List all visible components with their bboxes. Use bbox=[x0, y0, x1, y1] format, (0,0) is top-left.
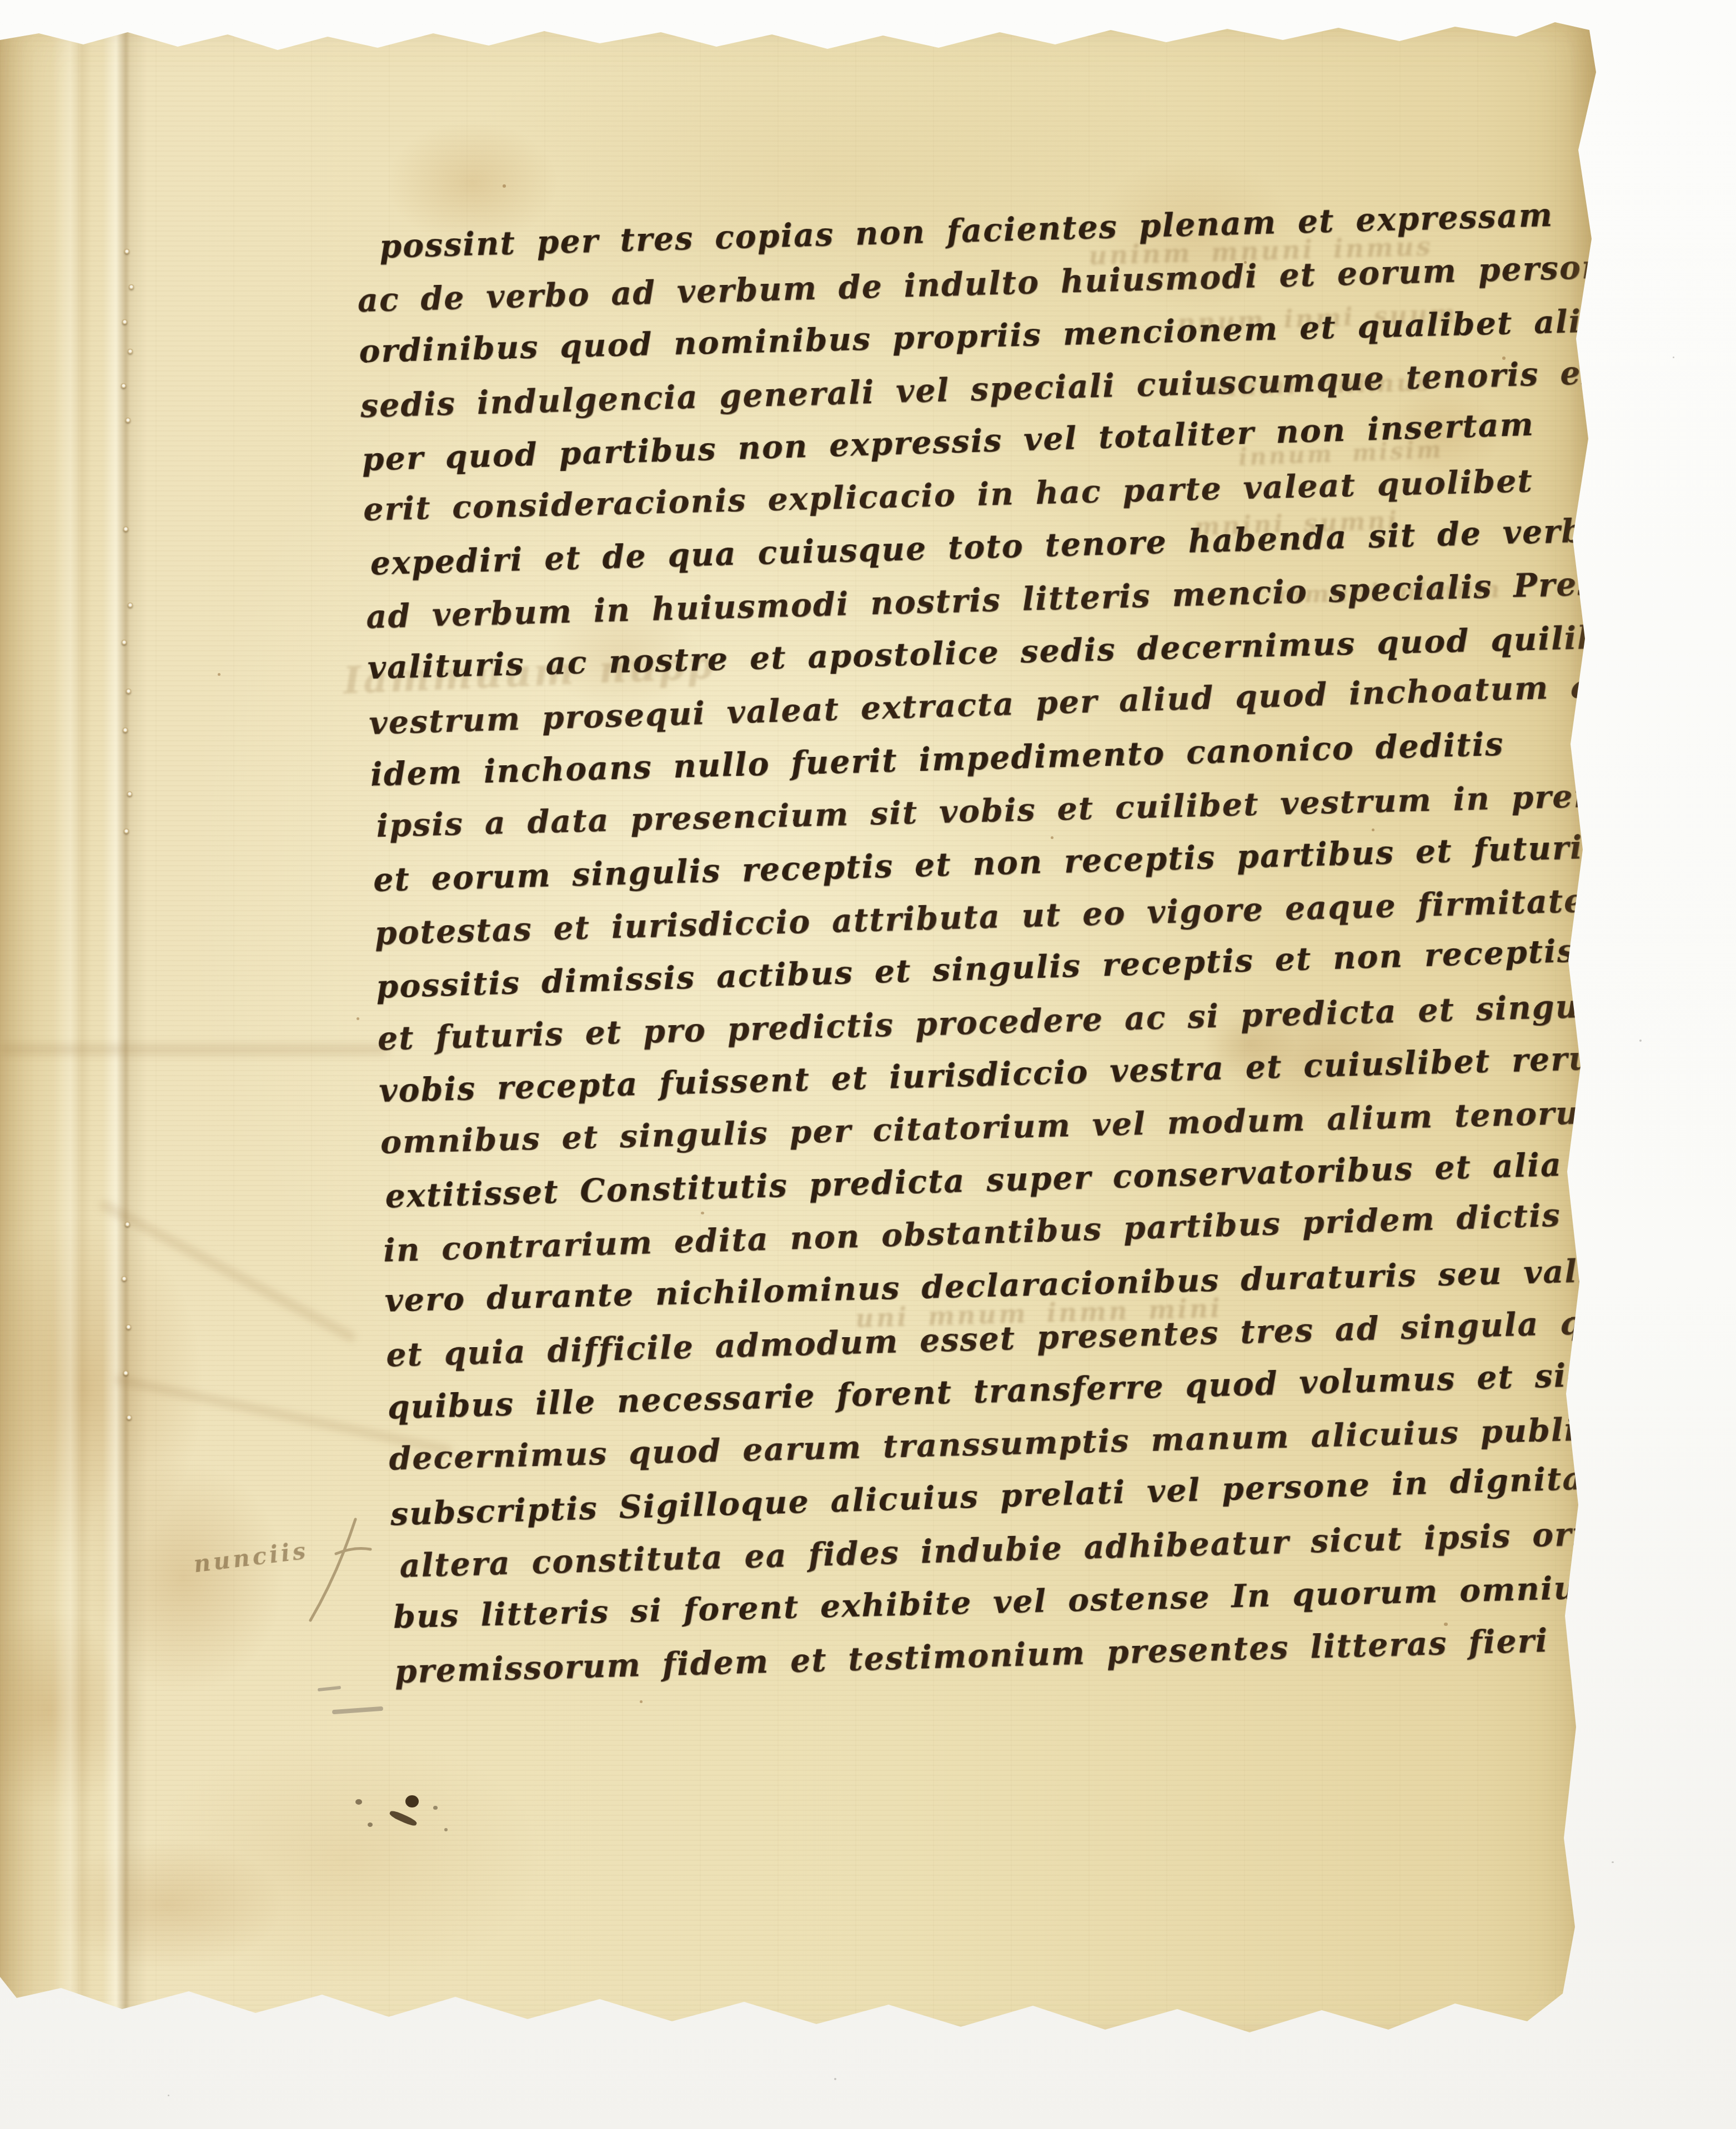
pinhole bbox=[127, 1415, 132, 1420]
paper-speck bbox=[218, 673, 220, 676]
pencil-dash bbox=[318, 1686, 341, 1691]
pinhole bbox=[124, 249, 129, 254]
ink-blot bbox=[368, 1822, 373, 1827]
ink-blot bbox=[405, 1795, 419, 1807]
scanner-dust bbox=[1612, 1861, 1614, 1863]
pinhole bbox=[122, 319, 127, 324]
pinhole bbox=[124, 828, 129, 833]
manuscript-page: uninm mnuni inmus nnum inmi suum mumi nn… bbox=[0, 0, 1599, 2066]
scan-background: { "page": { "background_color": "#fafaf7… bbox=[0, 0, 1736, 2129]
pinhole bbox=[126, 1324, 131, 1329]
pinhole bbox=[126, 418, 131, 423]
scanner-dust bbox=[1673, 356, 1674, 358]
ink-blot bbox=[389, 1809, 418, 1827]
scanner-dust bbox=[834, 2078, 836, 2080]
pinhole bbox=[123, 727, 128, 732]
under-leaf-edge bbox=[53, 0, 92, 2066]
paper-speck bbox=[357, 1017, 359, 1020]
pinhole bbox=[123, 526, 128, 531]
scanner-dust bbox=[168, 2095, 169, 2096]
pinhole bbox=[126, 689, 131, 694]
paper-speck bbox=[640, 1700, 643, 1703]
pinhole bbox=[122, 1276, 127, 1281]
pinhole bbox=[127, 791, 132, 796]
pinhole bbox=[128, 602, 133, 607]
pinhole bbox=[128, 349, 133, 354]
ink-blot bbox=[444, 1828, 448, 1831]
paper-speck bbox=[503, 184, 506, 188]
fold-crease bbox=[103, 0, 147, 2066]
marginal-note: nunciis bbox=[192, 1537, 310, 1578]
ink-blot bbox=[433, 1806, 438, 1810]
text-block: possint per tres copias non facientes pl… bbox=[355, 189, 1583, 1698]
pinhole bbox=[121, 383, 126, 388]
ink-blot bbox=[355, 1799, 362, 1805]
pinhole bbox=[122, 640, 127, 645]
pinhole bbox=[125, 1222, 130, 1227]
pinhole bbox=[129, 284, 134, 289]
marginal-flourish bbox=[303, 1515, 375, 1626]
wrinkle bbox=[0, 1044, 389, 1055]
scanner-dust bbox=[1639, 1040, 1642, 1042]
pinhole bbox=[123, 1370, 128, 1375]
pencil-dash bbox=[332, 1706, 383, 1714]
